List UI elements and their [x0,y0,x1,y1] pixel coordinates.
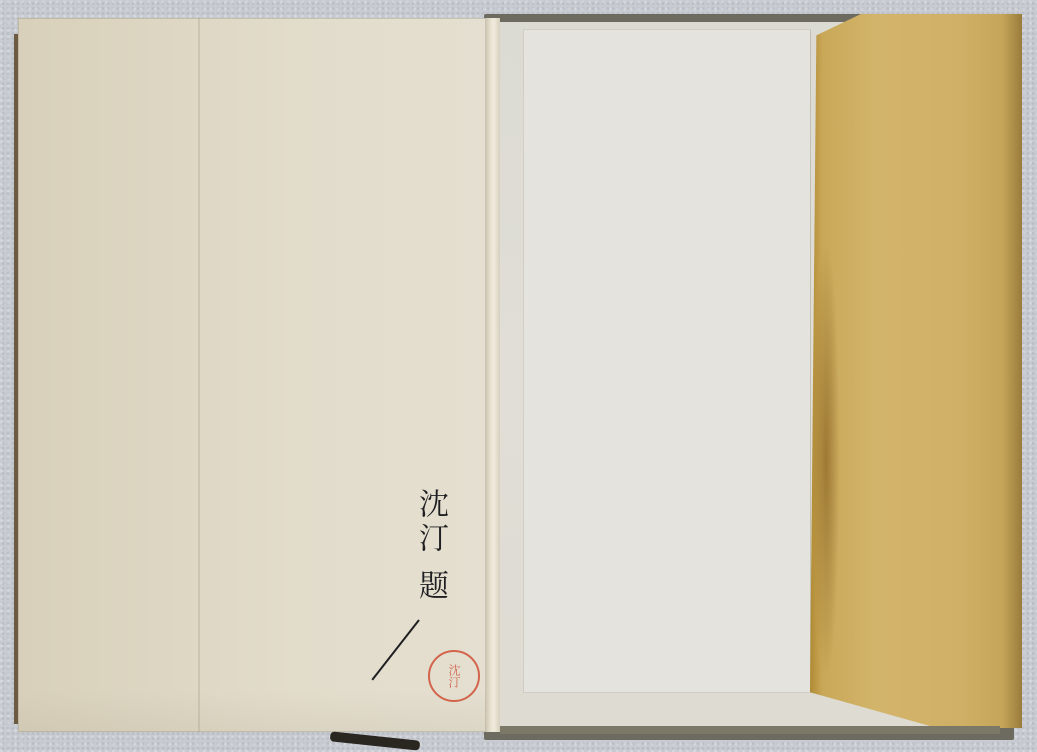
inscription-text: 沈汀 题 [408,488,452,604]
right-page-inner-panel [524,30,810,692]
flap-water-stain [812,240,840,680]
book-spine-gutter [486,18,500,732]
board-bottom-edge [500,726,1000,734]
flap-edge-shadow [1002,14,1022,728]
right-page-frame-line [810,30,811,692]
red-seal-stamp: 沈汀 [428,650,480,702]
left-page-fold-line [198,18,200,732]
left-page-bottom-fold [18,690,486,732]
yellowed-folded-flap [810,14,1022,728]
